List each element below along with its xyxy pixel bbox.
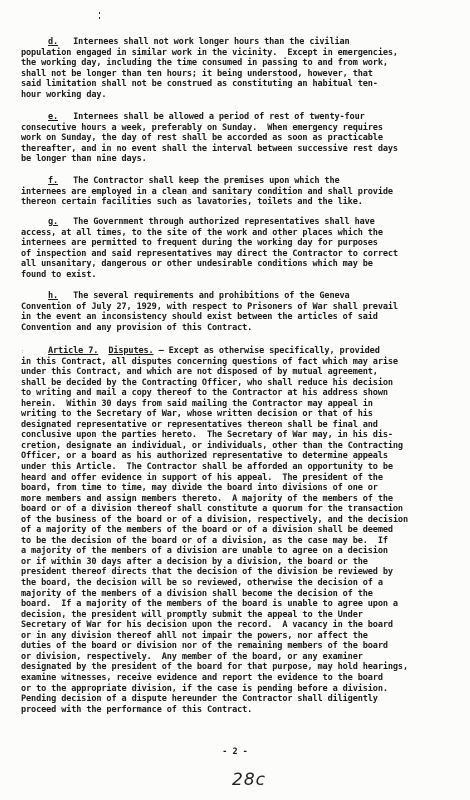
- handwritten-note: 28c: [232, 770, 266, 790]
- text-line: to be the decision of the board or of a …: [21, 536, 461, 547]
- text-line: to writing and mail a copy thereof to th…: [21, 388, 461, 399]
- text-line: writing to the Secretary of War, whose w…: [21, 409, 461, 420]
- text-line: Pending decision of a dispute hereunder …: [21, 694, 461, 705]
- paragraph-first-line: d. Internees shall not work longer hours…: [21, 37, 461, 48]
- text-line: the board, the decision will be so revie…: [21, 578, 461, 589]
- text-line: proceed with the performance of this Con…: [21, 705, 461, 716]
- text-line: Convention and any provision of this Con…: [21, 323, 461, 334]
- text-line: board or of a division thereof shall con…: [21, 504, 461, 515]
- text-line: duties of the board or division nor of t…: [21, 641, 461, 652]
- paragraph-first-line: e. Internees shall be allowed a period o…: [21, 112, 461, 123]
- paragraph-label: d.: [48, 37, 58, 47]
- text-line: cretion, designate an individual, or ind…: [21, 441, 461, 452]
- paragraph-first-line: h. The several requirements and prohibit…: [21, 291, 461, 302]
- paragraph-f: f. The Contractor shall keep the premise…: [21, 176, 461, 208]
- text-line: designated by the president of the board…: [21, 662, 461, 673]
- paragraph-label: g.: [48, 217, 58, 227]
- text-line: board. If a majority of the members of t…: [21, 599, 461, 610]
- text-line: work on Sunday, the day of rest shall be…: [21, 133, 461, 144]
- article-heading: Disputes.: [108, 346, 153, 356]
- text-line: thereon certain facilities such as lavat…: [21, 197, 461, 208]
- text-line: conclusive upon the parties hereto. The …: [21, 430, 461, 441]
- text-line: examine witnesses, receive evidence and …: [21, 673, 461, 684]
- text-line: said limitation shall not be construed a…: [21, 79, 461, 90]
- article-first-line: Article 7. Disputes. — Except as otherwi…: [21, 346, 461, 357]
- text-line: or if within 30 days after a decision by…: [21, 557, 461, 568]
- text-line: hour working day.: [21, 90, 461, 101]
- text-line: of inspection and said representatives m…: [21, 249, 461, 260]
- paragraph-first-line: f. The Contractor shall keep the premise…: [21, 176, 461, 187]
- text-line: in the event an inconsistency should exi…: [21, 312, 461, 323]
- paragraph-e: e. Internees shall be allowed a period o…: [21, 112, 461, 165]
- text-line: or to the appropriate division, if the c…: [21, 684, 461, 695]
- text-line: shall not be longer than ten hours; it b…: [21, 69, 461, 80]
- text-line: a majority of the members of a division …: [21, 546, 461, 557]
- text-line: heard and offer evidence in support of h…: [21, 473, 461, 484]
- paragraph-label: h.: [48, 291, 58, 301]
- text-line: decision, the president will promptly su…: [21, 610, 461, 621]
- text-line: Convention of July 27, 1929, with respec…: [21, 302, 461, 313]
- text-line: access, at all times, to the site of the…: [21, 228, 461, 239]
- text-line: population engaged in similar work in th…: [21, 48, 461, 59]
- text-line: designated representative or representat…: [21, 420, 461, 431]
- page-number: - 2 -: [0, 747, 470, 757]
- text-line: thereafter, and in no event shall the in…: [21, 144, 461, 155]
- text-line: of the business of the board or of a div…: [21, 515, 461, 526]
- text-line: shall be decided by the Contracting Offi…: [21, 378, 461, 389]
- text-line: Secretary of War for his decision upon t…: [21, 620, 461, 631]
- text-line: found to exist.: [21, 270, 461, 281]
- text-line: under this Article. The Contractor shall…: [21, 462, 461, 473]
- article-label: Article 7.: [48, 346, 98, 356]
- scan-speck: [99, 12, 100, 14]
- text-line: consecutive hours a week, preferably on …: [21, 123, 461, 134]
- text-line: under this Contract, and which are not d…: [21, 367, 461, 378]
- text-line: the working day, including the time cons…: [21, 58, 461, 69]
- text-line: internees are employed in a clean and sa…: [21, 187, 461, 198]
- scan-speck: [99, 17, 100, 19]
- text-line: president thereof directs that the decis…: [21, 567, 461, 578]
- document-page: d. Internees shall not work longer hours…: [0, 0, 470, 800]
- text-line: be longer than nine days.: [21, 154, 461, 165]
- text-line: or division, respectively. Any member of…: [21, 652, 461, 663]
- paragraph-label: f.: [48, 176, 58, 186]
- text-line: more members and assign members thereto.…: [21, 494, 461, 505]
- text-line: or in any division thereof ahll not impa…: [21, 631, 461, 642]
- text-line: internees are permitted to frequent duri…: [21, 238, 461, 249]
- text-line: in this Contract, all disputes concernin…: [21, 357, 461, 368]
- text-line: Officer, or a board as his authorized re…: [21, 451, 461, 462]
- text-line: majority of the members of a division sh…: [21, 589, 461, 600]
- text-line: board, from time to time, may divide the…: [21, 483, 461, 494]
- paragraph-label: e.: [48, 112, 58, 122]
- paragraph-g: g. The Government through authorized rep…: [21, 217, 461, 280]
- paragraph-d: d. Internees shall not work longer hours…: [21, 37, 461, 100]
- paragraph-h: h. The several requirements and prohibit…: [21, 291, 461, 333]
- text-line: herein. Within 30 days from said mailing…: [21, 399, 461, 410]
- text-line: of a majority of the members of the boar…: [21, 525, 461, 536]
- paragraph-first-line: g. The Government through authorized rep…: [21, 217, 461, 228]
- article-7-disputes: Article 7. Disputes. — Except as otherwi…: [21, 346, 461, 715]
- text-line: all unsanitary, dangerous or other undes…: [21, 259, 461, 270]
